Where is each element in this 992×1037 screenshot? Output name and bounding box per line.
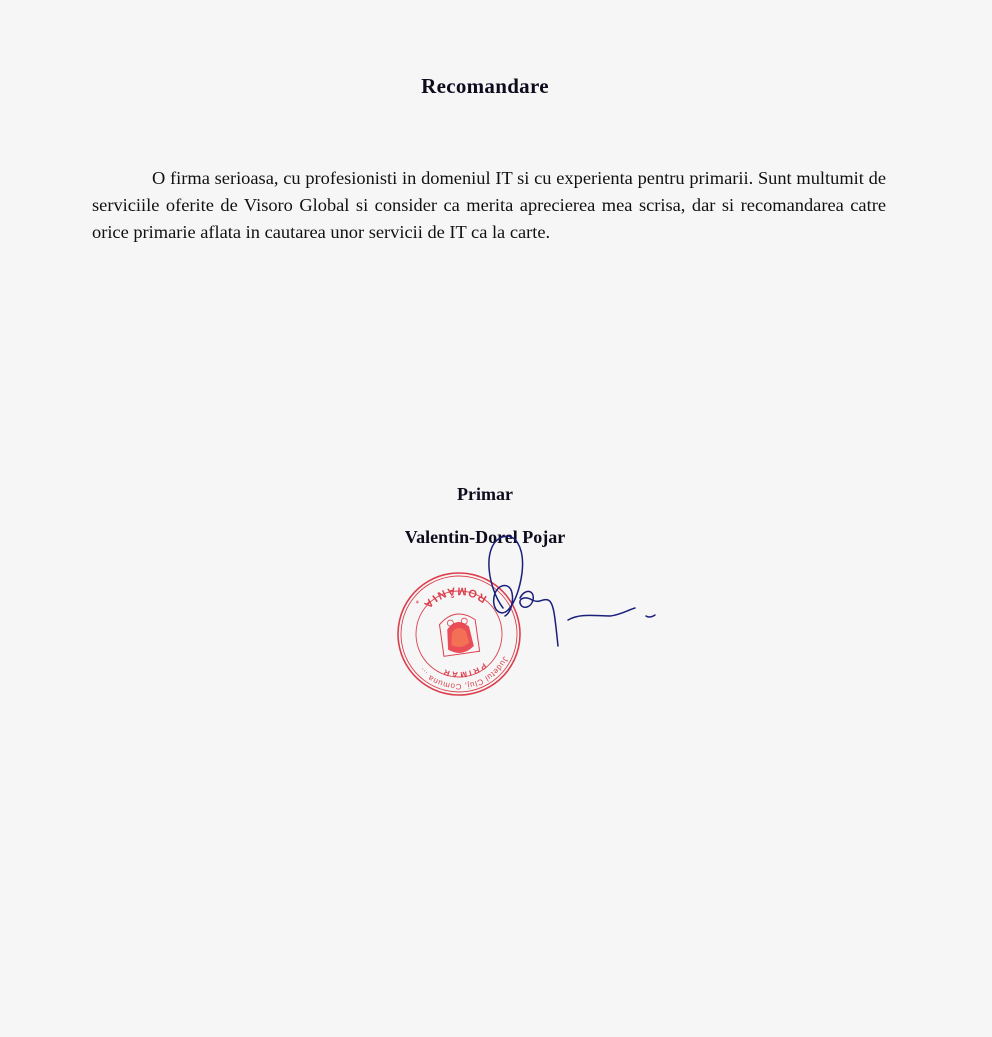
document-page: Recomandare O firma serioasa, cu profesi… <box>0 0 992 1037</box>
svg-text:*: * <box>414 595 419 605</box>
recommendation-paragraph: O firma serioasa, cu profesionisti in do… <box>92 165 886 246</box>
document-title: Recomandare <box>0 74 970 99</box>
handwritten-signature-icon <box>470 528 670 658</box>
signatory-role: Primar <box>0 484 970 505</box>
